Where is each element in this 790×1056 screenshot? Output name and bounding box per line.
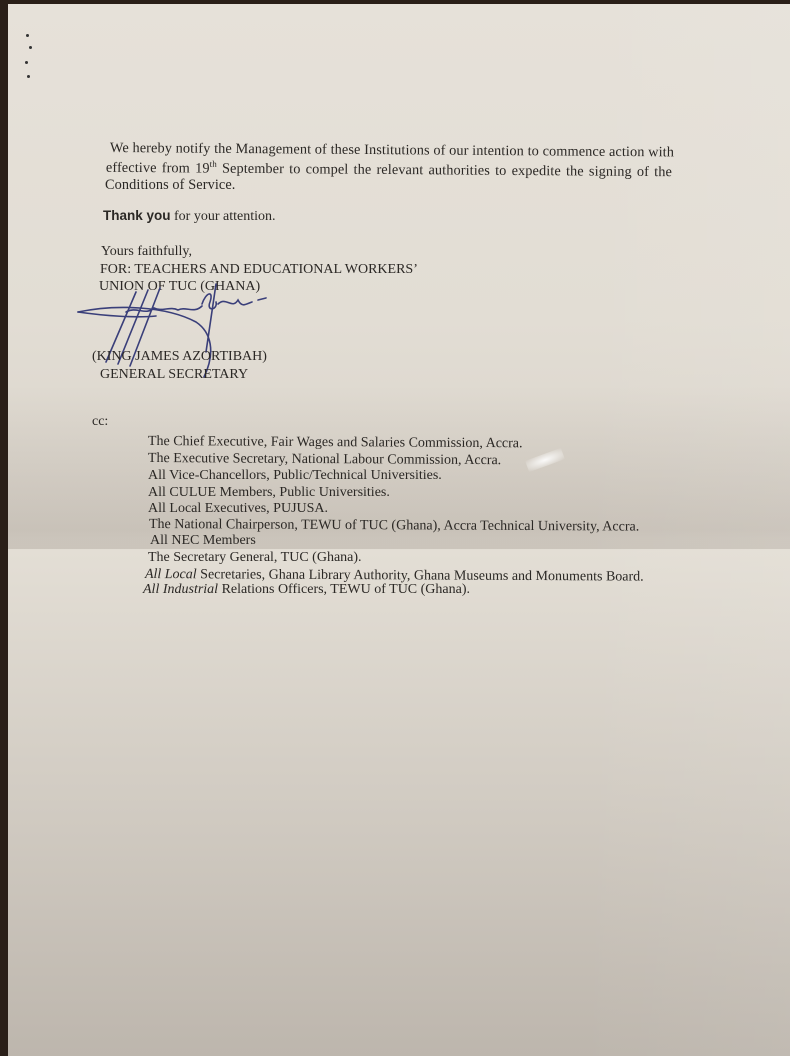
cc-item: All Industrial Relations Officers, TEWU … [143, 582, 470, 598]
date-suffix: th [210, 159, 217, 169]
letter-page: We hereby notify the Management of these… [8, 4, 790, 1056]
punch-mark [26, 34, 29, 37]
date-day: effective from 19 [106, 160, 210, 177]
cc-item-text: The National Chairperson, TEWU of TUC (G… [149, 517, 639, 535]
cc-item-text: Relations Officers, TEWU of TUC (Ghana). [218, 582, 470, 597]
signatory-name: (KING JAMES AZORTIBAH) [92, 349, 267, 365]
punch-mark [25, 61, 28, 64]
cc-item: All NEC Members [150, 533, 256, 549]
thanks-bold: Thank you [103, 208, 171, 223]
cc-item-lead: All Local [145, 567, 197, 582]
cc-item-text: The Chief Executive, Fair Wages and Sala… [148, 434, 523, 451]
cc-item-text: The Secretary General, TUC (Ghana). [148, 550, 362, 565]
cc-item: All Local Executives, PUJUSA. [148, 501, 328, 517]
paragraph-line-2-rest: September to compel the relevant authori… [217, 161, 672, 181]
for-line: FOR: TEACHERS AND EDUCATIONAL WORKERS’ [100, 262, 418, 278]
cc-item: The Executive Secretary, National Labour… [148, 451, 501, 469]
cc-item-text: All CULUE Members, Public Universities. [148, 485, 390, 500]
thanks-line: Thank you for your attention. [103, 208, 276, 225]
paragraph-line-3: Conditions of Service. [105, 177, 235, 194]
cc-item-text: All Vice-Chancellors, Public/Technical U… [148, 468, 442, 483]
punch-mark [29, 46, 32, 49]
salutation: Yours faithfully, [101, 244, 192, 260]
cc-item: All Vice-Chancellors, Public/Technical U… [148, 468, 442, 484]
thanks-rest: for your attention. [171, 209, 276, 224]
cc-item: The Chief Executive, Fair Wages and Sala… [148, 434, 523, 452]
signatory-title: GENERAL SECRETARY [100, 367, 248, 383]
cc-item-text: All Local Executives, PUJUSA. [148, 501, 328, 516]
paper-smudge [525, 448, 565, 472]
signature [76, 282, 286, 402]
cc-item-lead: All Industrial [143, 582, 218, 597]
cc-item: The Secretary General, TUC (Ghana). [148, 550, 362, 566]
cc-item-text: The Executive Secretary, National Labour… [148, 451, 501, 468]
punch-mark [27, 75, 30, 78]
cc-item-text: All NEC Members [150, 533, 256, 548]
cc-item: All CULUE Members, Public Universities. [148, 485, 390, 501]
cc-label: cc: [92, 414, 108, 430]
